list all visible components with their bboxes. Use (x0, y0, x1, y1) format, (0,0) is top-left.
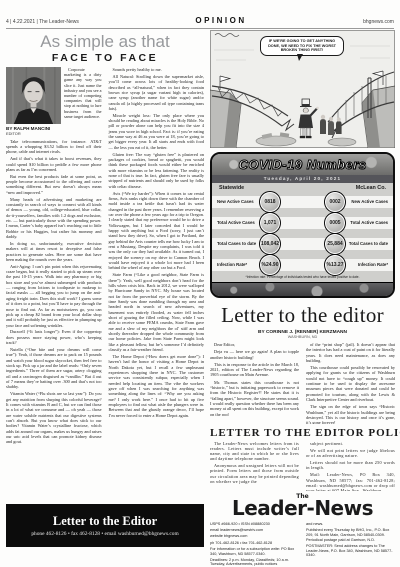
policy-column-2: subject pertinent.We will not print lett… (306, 441, 395, 491)
article-column-1-text: Take telecommunications, for instance. A… (6, 139, 102, 445)
covid-stat-circle: 25,884 (324, 233, 346, 255)
page-header: 4 | 4.22.2021 | The Leader-News OPINION … (6, 16, 394, 29)
opinion-section-label: OPINION (195, 16, 246, 25)
covid-stat-circle: 0005 (324, 212, 346, 234)
covid-stat-circle: 0818 (259, 191, 281, 213)
virus-photo-strip (212, 282, 393, 296)
author-photo (6, 67, 61, 124)
covid-stat-circle: %24.90 (259, 254, 281, 276)
article-title: As simple as that (6, 32, 204, 52)
article-column-1: Corporate marketing is a dirty game any … (6, 67, 102, 487)
masthead: The Leader-News USPS #666-920 • ISSN #08… (210, 494, 395, 567)
article-intro: Corporate marketing is a dirty game any … (64, 67, 102, 123)
article-kicker: FACE TO FACE (6, 52, 204, 64)
letter-headline: Letter to the editor (210, 303, 395, 328)
author-role: EDITOR (6, 131, 102, 136)
covid-title: COVID-19 Numbers (239, 157, 367, 172)
article-body: Corporate marketing is a dirty game any … (6, 67, 204, 487)
covid-stat-circle: 0002 (324, 191, 346, 213)
covid-county-header: McLean Co. (356, 185, 386, 191)
article-column-2-text: Sounds pretty healthy to me.All Natural:… (109, 67, 205, 418)
covid-stat-circle: 1,071 (259, 212, 281, 234)
covid-footnote: *Infection rate: Percentage of individua… (212, 275, 393, 280)
right-column: If we're going to get anything done, we … (210, 30, 395, 567)
newspaper-opinion-page: { "header": { "page_info": "4 | 4.22.202… (0, 0, 400, 567)
covid-statewide-header: Statewide (219, 185, 244, 191)
editorial-article: As simple as that FACE TO FACE Corporate… (6, 31, 204, 487)
letter-to-editor-box: Letter to the Editor phone 462-8126 • fa… (6, 504, 204, 547)
cartoon-speech-bubble: If we're going to get anything done, we … (260, 36, 344, 56)
policy-column-1: The Leader-News welcomes letters from it… (210, 441, 299, 491)
covid-infobox: COVID-19 Numbers Tuesday, April 20, 2021… (210, 152, 395, 298)
policy-body: The Leader-News welcomes letters from it… (210, 441, 395, 491)
page-info: 4 | 4.22.2021 | The Leader-News (6, 19, 79, 25)
covid-row-new-active: New Active Cases 0818 0002 New Active Ca… (217, 192, 388, 212)
policy-headline: LETTER TO THE EDITOR POLICY (210, 427, 395, 439)
masthead-column-1: USPS #666-920 • ISSN #08880230email lead… (210, 522, 299, 567)
covid-row-total-active: Total Active Cases 1,071 0005 Total Acti… (217, 213, 388, 233)
crowd-figures (320, 115, 342, 135)
masthead-column-2: and news.Published every Thursday by BHG… (306, 522, 395, 567)
letter-box-contact: phone 462-8126 • fax 462-8128 • email wa… (31, 531, 178, 537)
covid-row-total-cases: Total Cases to date 108,042 25,884 Total… (217, 234, 388, 254)
masthead-info: USPS #666-920 • ISSN #08880230email lead… (210, 522, 395, 567)
article-column-2: Sounds pretty healthy to me.All Natural:… (109, 67, 205, 487)
editorial-cartoon: If we're going to get anything done, we … (210, 30, 395, 148)
covid-stat-circle: %13.27 (324, 254, 346, 276)
letter-box-title: Letter to the Editor (53, 514, 157, 529)
letter-column-1: Dear Editor,Deja vu — here we go again! … (210, 342, 299, 424)
covid-row-infection-rate: Infection Rate* %24.90 %13.27 Infection … (217, 255, 388, 275)
letter-body: Dear Editor,Deja vu — here we go again! … (210, 342, 395, 424)
covid-date: Tuesday, April 20, 2021 (212, 175, 393, 183)
masthead-logo: Leader-News (232, 496, 373, 520)
covid-stat-circle: 108,042 (259, 233, 281, 255)
letter-column-2: of the “print shop” (jail). It doesn’t a… (306, 342, 395, 424)
website-url: bhgnews.com (363, 19, 394, 25)
letter-byline-location: WASHBURN, ND (210, 335, 395, 339)
